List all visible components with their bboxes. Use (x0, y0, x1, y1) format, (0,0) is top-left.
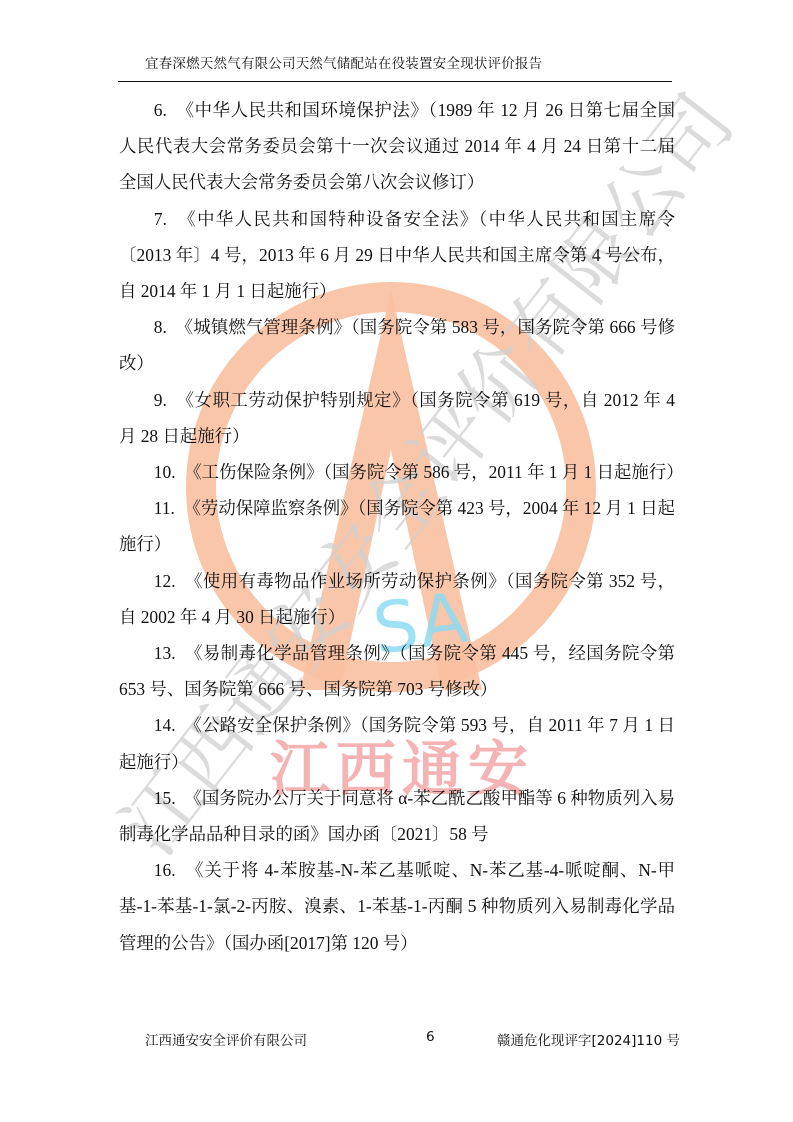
page-header-title: 宜春深燃天然气有限公司天然气储配站在役装置安全现状评价报告 (145, 52, 542, 72)
list-item: 13. 《易制毒化学品管理条例》（国务院令第 445 号，经国务院令第 653 … (119, 635, 675, 707)
list-item: 8. 《城镇燃气管理条例》（国务院令第 583 号，国务院令第 666 号修改） (119, 309, 675, 381)
list-item: 15. 《国务院办公厅关于同意将 α-苯乙酰乙酸甲酯等 6 种物质列入易制毒化学… (119, 780, 675, 852)
item-text: 《使用有毒物品作业场所劳动保护条例》（国务院令第 352 号，自 2002 年 … (119, 571, 675, 627)
header-divider (118, 81, 672, 82)
item-number: 9. (154, 390, 167, 410)
page: 宜春深燃天然气有限公司天然气储配站在役装置安全现状评价报告 6. 《中华人民共和… (0, 0, 793, 1122)
list-item: 11. 《劳动保障监察条例》（国务院令第 423 号，2004 年 12 月 1… (119, 490, 675, 562)
item-text: 《公路安全保护条例》（国务院令第 593 号，自 2011 年 7 月 1 日起… (119, 715, 675, 771)
item-text: 《国务院办公厅关于同意将 α-苯乙酰乙酸甲酯等 6 种物质列入易制毒化学品品种目… (119, 788, 675, 844)
item-text: 《关于将 4-苯胺基-N-苯乙基哌啶、N-苯乙基-4-哌啶酮、N-甲基-1-苯基… (119, 860, 675, 952)
item-text: 《中华人民共和国特种设备安全法》（中华人民共和国主席令〔2013 年〕4 号，2… (119, 209, 675, 301)
item-number: 10. (154, 462, 176, 482)
list-item: 10. 《工伤保险条例》（国务院令第 586 号，2011 年 1 月 1 日起… (119, 454, 675, 490)
item-number: 7. (154, 209, 167, 229)
item-number: 16. (154, 860, 176, 880)
item-text: 《城镇燃气管理条例》（国务院令第 583 号，国务院令第 666 号修改） (119, 317, 675, 373)
item-number: 8. (154, 317, 167, 337)
footer-company: 江西通安安全评价有限公司 (145, 1029, 307, 1049)
item-number: 15. (154, 788, 176, 808)
item-text: 《女职工劳动保护特别规定》（国务院令第 619 号，自 2012 年 4 月 2… (119, 390, 675, 446)
list-item: 16. 《关于将 4-苯胺基-N-苯乙基哌啶、N-苯乙基-4-哌啶酮、N-甲基-… (119, 852, 675, 961)
item-number: 6. (154, 100, 167, 120)
item-text: 《工伤保险条例》（国务院令第 586 号，2011 年 1 月 1 日起施行） (184, 462, 683, 482)
item-number: 11. (154, 498, 175, 518)
list-item: 7. 《中华人民共和国特种设备安全法》（中华人民共和国主席令〔2013 年〕4 … (119, 201, 675, 310)
list-item: 6. 《中华人民共和国环境保护法》（1989 年 12 月 26 日第七届全国人… (119, 92, 675, 201)
footer-doc-number: 赣通危化现评字[2024]110 号 (497, 1029, 680, 1049)
item-text: 《中华人民共和国环境保护法》（1989 年 12 月 26 日第七届全国人民代表… (119, 100, 675, 192)
item-number: 12. (154, 571, 176, 591)
item-text: 《劳动保障监察条例》（国务院令第 423 号，2004 年 12 月 1 日起施… (119, 498, 675, 554)
list-item: 14. 《公路安全保护条例》（国务院令第 593 号，自 2011 年 7 月 … (119, 707, 675, 779)
list-item: 12. 《使用有毒物品作业场所劳动保护条例》（国务院令第 352 号，自 200… (119, 563, 675, 635)
item-text: 《易制毒化学品管理条例》（国务院令第 445 号，经国务院令第 653 号、国务… (119, 643, 675, 699)
regulation-list: 6. 《中华人民共和国环境保护法》（1989 年 12 月 26 日第七届全国人… (119, 92, 675, 961)
item-number: 14. (154, 715, 176, 735)
list-item: 9. 《女职工劳动保护特别规定》（国务院令第 619 号，自 2012 年 4 … (119, 382, 675, 454)
item-number: 13. (154, 643, 176, 663)
page-number: 6 (426, 1029, 435, 1045)
